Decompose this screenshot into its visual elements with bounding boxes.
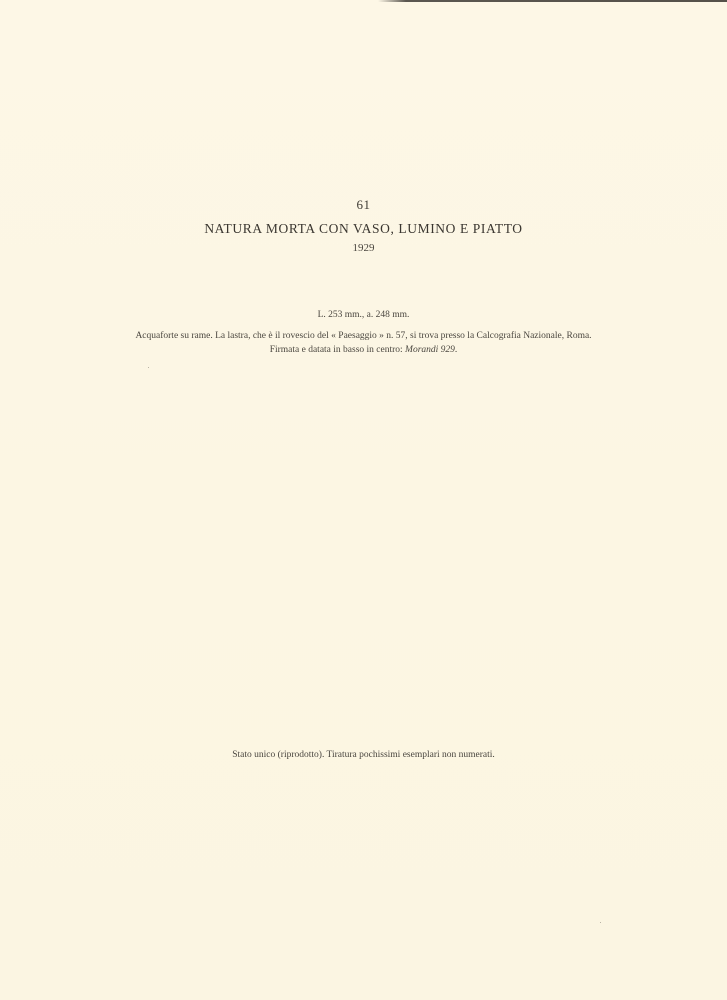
paper-speck	[148, 367, 149, 368]
edition-note: Stato unico (riprodotto). Tiratura pochi…	[0, 750, 727, 760]
description-line-1: Acquaforte su rame. La lastra, che è il …	[0, 331, 727, 341]
signature-text: Morandi 929	[405, 345, 455, 355]
signature-label: Firmata e datata in basso in centro:	[270, 345, 405, 355]
book-page: 61 NATURA MORTA CON VASO, LUMINO E PIATT…	[0, 0, 727, 1000]
plate-year: 1929	[0, 242, 727, 254]
plate-dimensions: L. 253 mm., a. 248 mm.	[0, 310, 727, 320]
scan-edge-shadow	[378, 0, 727, 2]
description-line-2: Firmata e datata in basso in centro: Mor…	[0, 345, 727, 355]
paper-speck	[600, 922, 601, 923]
plate-number: 61	[0, 197, 727, 213]
signature-period: .	[455, 345, 457, 355]
plate-title: NATURA MORTA CON VASO, LUMINO E PIATTO	[0, 221, 727, 237]
